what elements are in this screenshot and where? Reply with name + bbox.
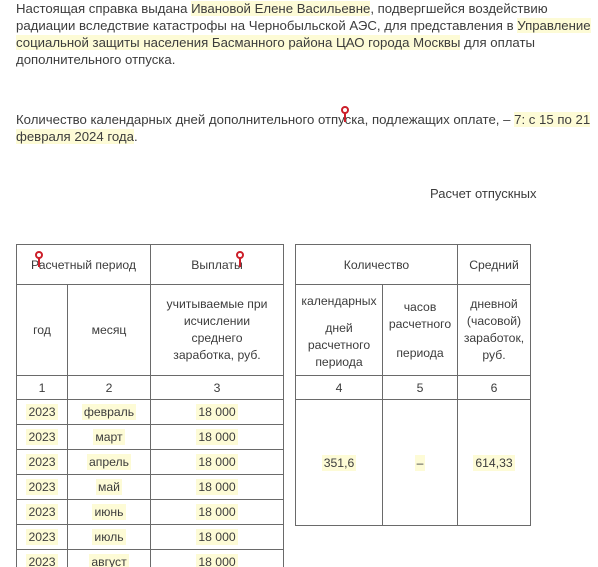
certificate-intro-paragraph: Настоящая справка выдана Ивановой Елене … (16, 0, 591, 68)
table-row: 2023июнь18 000 (17, 500, 284, 525)
cell-amount: 18 000 (151, 500, 284, 525)
days-text: Количество календарных дней дополнительн… (16, 112, 514, 127)
cell-year: 2023 (17, 425, 68, 450)
table-row: 2023май18 000 (17, 475, 284, 500)
col-number: 5 (383, 376, 458, 400)
cell-month: август (68, 550, 151, 567)
col-number: 1 (17, 376, 68, 400)
col-calendar-label: календарных (296, 293, 382, 310)
amount-text: 18 000 (196, 429, 237, 445)
average-earnings-value: 614,33 (458, 400, 531, 526)
cell-month: июнь (68, 500, 151, 525)
cell-month: апрель (68, 450, 151, 475)
month-text: август (89, 554, 128, 567)
month-text: апрель (87, 454, 131, 470)
header-quantity: Количество (296, 245, 458, 285)
year-text: 2023 (26, 554, 57, 567)
year-text: 2023 (26, 429, 57, 445)
table-row: 2023август18 000 (17, 550, 284, 567)
vacation-days-paragraph: Количество календарных дней дополнительн… (16, 111, 591, 145)
month-text: июль (92, 529, 125, 545)
cell-year: 2023 (17, 450, 68, 475)
comment-pin-icon[interactable] (341, 106, 349, 114)
earnings-table: Количество Средний календарных дней расч… (295, 244, 531, 526)
header-payments: Выплаты (151, 245, 284, 285)
comment-pin-icon[interactable] (35, 251, 43, 259)
cell-year: 2023 (17, 550, 68, 567)
month-text: май (96, 479, 122, 495)
table-row: 2023март18 000 (17, 425, 284, 450)
amount-text: 18 000 (196, 479, 237, 495)
year-text: 2023 (26, 404, 57, 420)
col-year: год (17, 285, 68, 376)
amount-text: 18 000 (196, 504, 237, 520)
col-number: 4 (296, 376, 383, 400)
intro-text: Настоящая справка выдана (16, 1, 191, 16)
calendar-days-text: 351,6 (322, 455, 357, 471)
cell-amount: 18 000 (151, 550, 284, 567)
cell-year: 2023 (17, 525, 68, 550)
table-row: 2023апрель18 000 (17, 450, 284, 475)
amount-text: 18 000 (196, 404, 237, 420)
cell-amount: 18 000 (151, 400, 284, 425)
payments-table: Расчетный период Выплаты год месяц учиты… (16, 244, 284, 567)
col-month: месяц (68, 285, 151, 376)
header-average: Средний (458, 245, 531, 285)
cell-amount: 18 000 (151, 525, 284, 550)
year-text: 2023 (26, 529, 57, 545)
cell-amount: 18 000 (151, 475, 284, 500)
cell-amount: 18 000 (151, 425, 284, 450)
col-payments-sub: учитываемые при исчислении среднего зара… (151, 285, 284, 376)
cell-month: февраль (68, 400, 151, 425)
hours-text: – (415, 455, 426, 471)
col-number: 3 (151, 376, 284, 400)
col-hours: часов расчетного периода (383, 285, 458, 376)
month-text: февраль (82, 404, 136, 420)
month-text: июнь (92, 504, 125, 520)
recipient-name: Ивановой Елене Васильевне (191, 1, 370, 16)
col-hours-label: периода (383, 345, 457, 362)
month-text: март (93, 429, 124, 445)
col-calendar-label: дней расчетного периода (296, 320, 382, 371)
col-number: 2 (68, 376, 151, 400)
year-text: 2023 (26, 504, 57, 520)
calculation-title: Расчет отпускных (430, 186, 536, 201)
col-calendar-days: календарных дней расчетного периода (296, 285, 383, 376)
hours-value: – (383, 400, 458, 526)
amount-text: 18 000 (196, 554, 237, 567)
col-number: 6 (458, 376, 531, 400)
cell-amount: 18 000 (151, 450, 284, 475)
cell-year: 2023 (17, 500, 68, 525)
table-row: 2023февраль18 000 (17, 400, 284, 425)
col-average-sub: дневной (часовой) заработок, руб. (458, 285, 531, 376)
cell-year: 2023 (17, 475, 68, 500)
calendar-days-value: 351,6 (296, 400, 383, 526)
average-earnings-text: 614,33 (473, 455, 514, 471)
table-row: 2023июль18 000 (17, 525, 284, 550)
days-text: . (134, 129, 138, 144)
cell-month: май (68, 475, 151, 500)
cell-month: июль (68, 525, 151, 550)
cell-month: март (68, 425, 151, 450)
amount-text: 18 000 (196, 529, 237, 545)
cell-year: 2023 (17, 400, 68, 425)
amount-text: 18 000 (196, 454, 237, 470)
comment-pin-icon[interactable] (236, 251, 244, 259)
year-text: 2023 (26, 454, 57, 470)
col-hours-label: часов расчетного (383, 299, 457, 333)
year-text: 2023 (26, 479, 57, 495)
